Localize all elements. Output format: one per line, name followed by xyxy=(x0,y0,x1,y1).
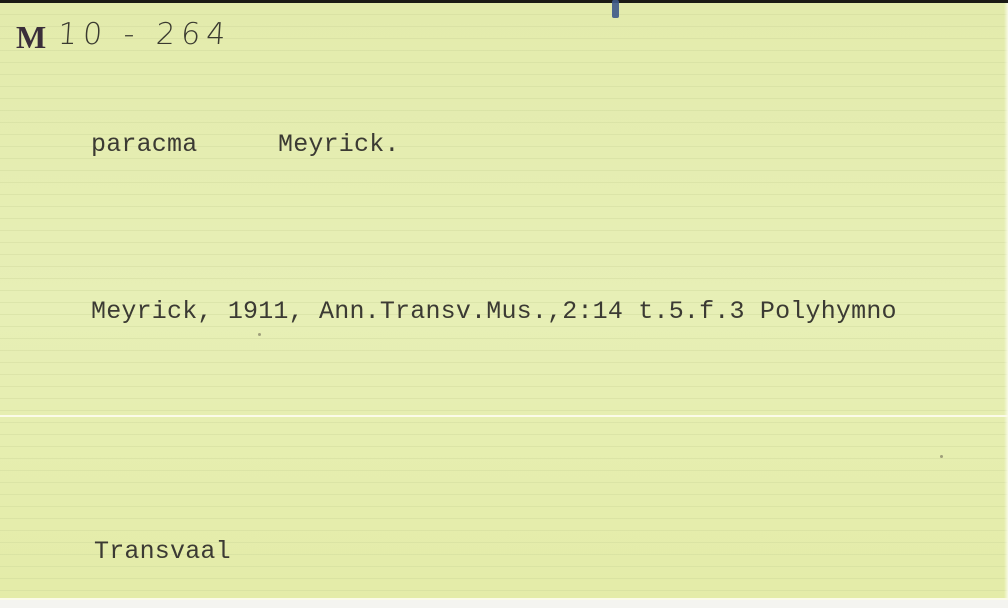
taxon-author: Meyrick. xyxy=(278,130,400,159)
locality: Transvaal xyxy=(94,537,231,566)
paper-speck xyxy=(940,455,943,458)
catalog-prefix: M xyxy=(16,19,47,56)
taxon-name: paracma xyxy=(91,130,197,159)
scan-border xyxy=(0,600,1008,608)
card-tab-marker xyxy=(612,0,619,18)
card-fold-line xyxy=(0,415,1008,417)
paper-speck xyxy=(258,333,261,336)
catalog-number: 10 - 264 xyxy=(57,17,233,52)
card-edge xyxy=(1004,3,1008,605)
citation: Meyrick, 1911, Ann.Transv.Mus.,2:14 t.5.… xyxy=(91,297,897,326)
index-card: M 10 - 264 paracma Meyrick. Meyrick, 191… xyxy=(0,3,1008,605)
